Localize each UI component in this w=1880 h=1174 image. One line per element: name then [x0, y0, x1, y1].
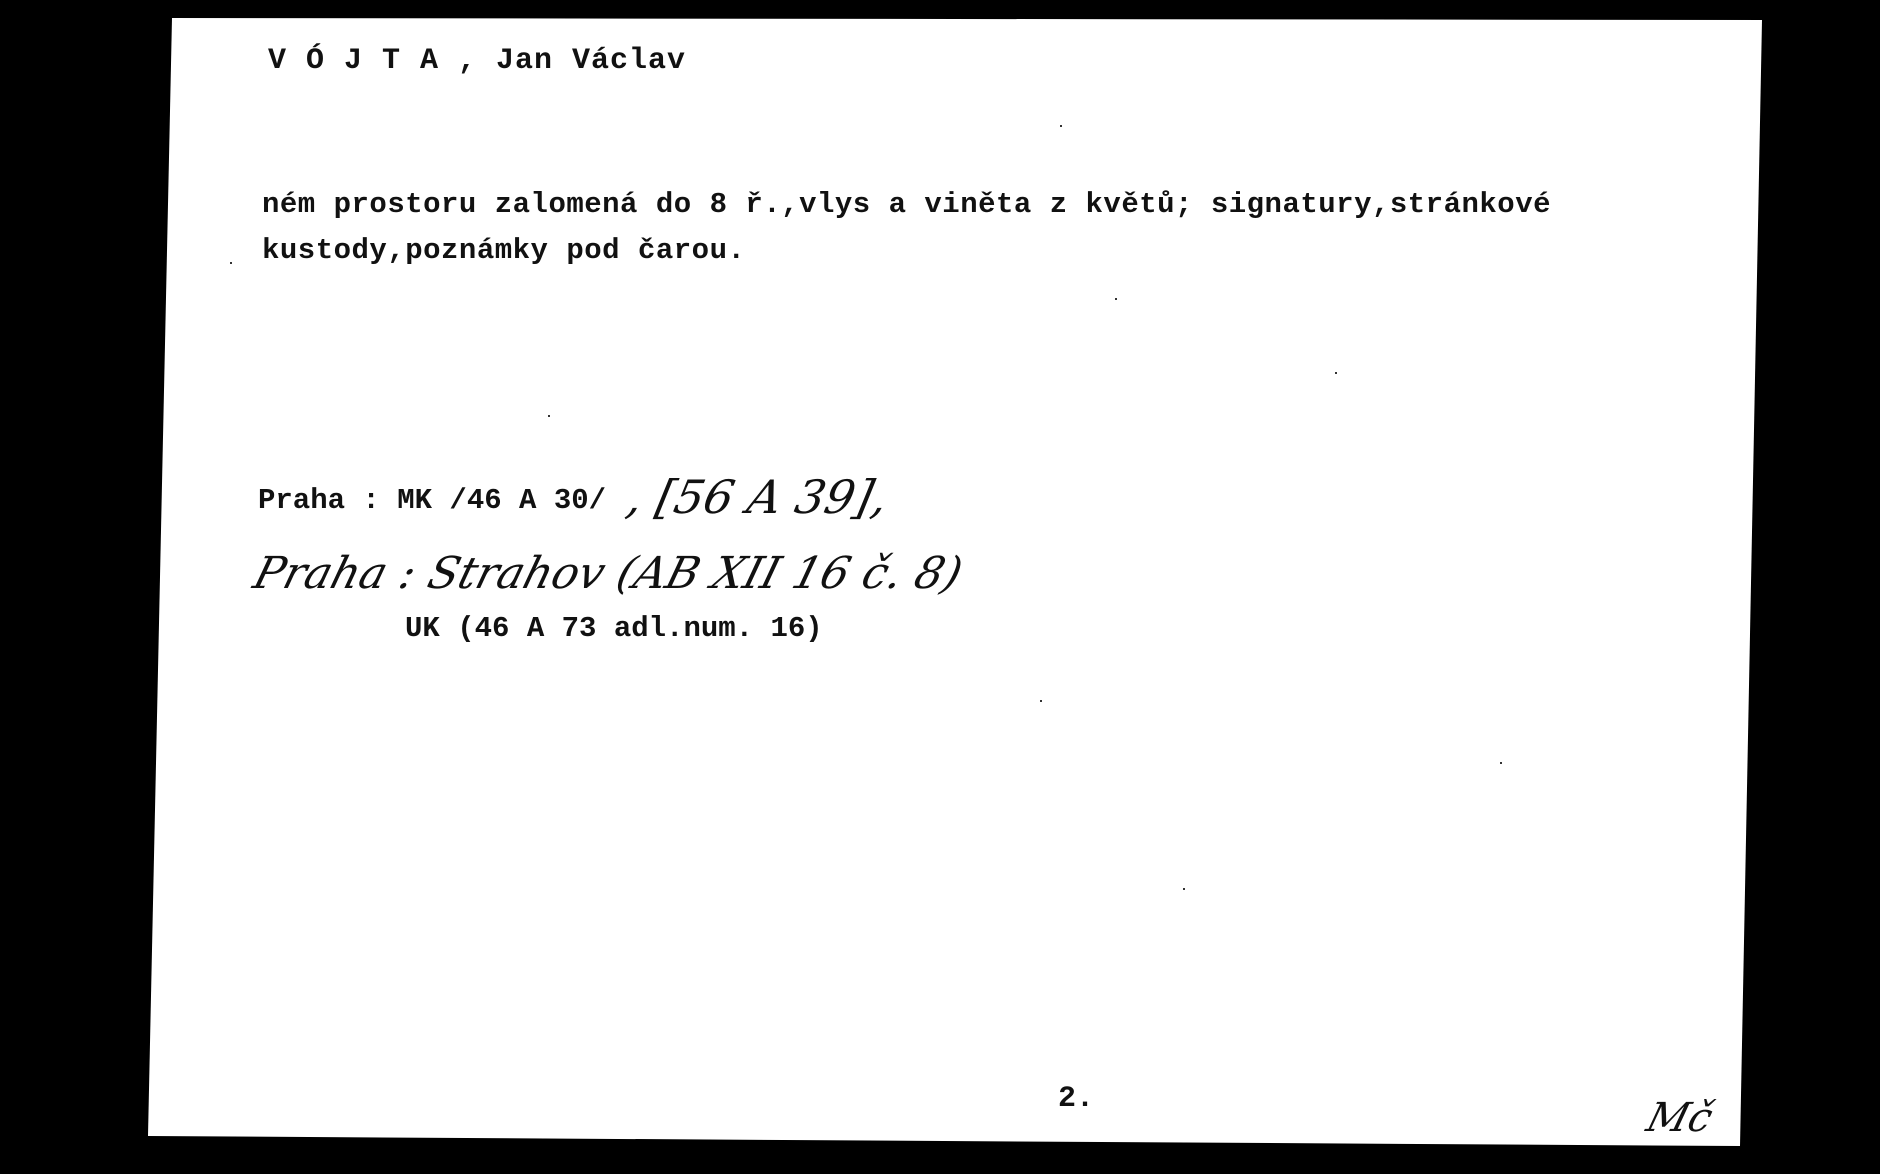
handwritten-initials: Mč	[1642, 1095, 1718, 1141]
description-line-1: ném prostoru zalomená do 8 ř.,vlys a vin…	[262, 188, 1551, 221]
description-line-2: kustody,poznámky pod čarou.	[262, 234, 745, 267]
location-typed-3: UK (46 A 73 adl.num. 16)	[405, 612, 823, 645]
speck	[548, 415, 550, 417]
location-handwritten-addition: , [56 A 39],	[622, 470, 893, 524]
page-number: 2.	[1058, 1082, 1094, 1116]
speck	[1500, 762, 1502, 764]
speck	[1183, 888, 1185, 890]
speck	[1115, 298, 1117, 300]
author-heading: V Ó J T A , Jan Václav	[268, 44, 686, 78]
location-typed-1: Praha : MK /46 A 30/	[258, 484, 606, 517]
speck	[1335, 372, 1337, 374]
catalog-card: V Ó J T A , Jan Václav ném prostoru zalo…	[0, 0, 1880, 1174]
speck	[230, 262, 232, 264]
speck	[1060, 125, 1062, 127]
location-handwritten-line: Praha : Strahov (AB XII 16 č. 8)	[248, 548, 968, 599]
speck	[1040, 700, 1042, 702]
